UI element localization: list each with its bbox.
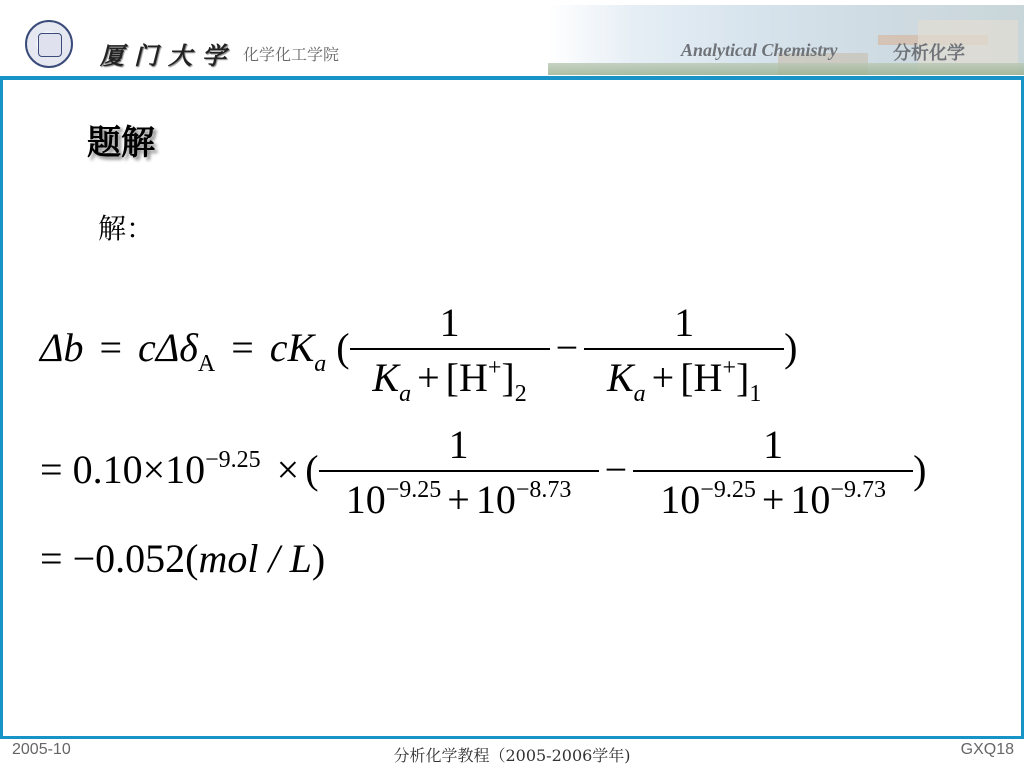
exponent: −8.73	[516, 477, 572, 503]
superscript-plus: +	[488, 355, 502, 381]
var-K: K	[288, 325, 315, 370]
seal-emblem-icon	[38, 33, 62, 57]
footer-page-id: GXQ18	[961, 741, 1014, 759]
numerator: 1	[350, 298, 550, 348]
coefficient: 0.10	[73, 447, 143, 492]
exponent: −9.25	[386, 477, 442, 503]
subscript-2: 2	[515, 381, 527, 407]
base-10: 10	[476, 477, 516, 522]
subscript-a: a	[314, 351, 326, 377]
denominator: Ka+[H+]1	[584, 348, 784, 406]
plus-sign: +	[417, 355, 440, 400]
university-seal-icon	[25, 20, 73, 68]
plus-sign: +	[652, 355, 675, 400]
equation-line-3: = −0.052(mol / L)	[40, 535, 325, 582]
close-bracket: ]	[736, 355, 749, 400]
subscript-1: 1	[749, 381, 761, 407]
denominator: 10−9.25+10−9.73	[633, 470, 913, 528]
content-frame	[0, 76, 1024, 739]
hydrogen-ion: [H	[680, 355, 722, 400]
footer-course-title: 分析化学教程（2005-2006学年)	[0, 743, 1024, 766]
base-10: 10	[346, 477, 386, 522]
university-name: 厦门大学	[100, 36, 236, 71]
exponent: −9.25	[700, 477, 756, 503]
equals-sign: =	[40, 447, 63, 492]
subscript-a: a	[399, 381, 411, 407]
close-paren: )	[784, 325, 797, 370]
delta-delta: Δδ	[156, 325, 198, 370]
var-K: K	[607, 355, 634, 400]
slide-header: 厦门大学 化学化工学院 Analytical Chemistry 分析化学	[0, 0, 1024, 76]
plus-sign: +	[447, 477, 470, 522]
open-paren: (	[185, 536, 198, 581]
plus-sign: +	[762, 477, 785, 522]
exponent: −9.73	[830, 477, 886, 503]
equals-sign: =	[231, 325, 254, 370]
times-sign: ×	[277, 447, 300, 492]
result-value: −0.052	[73, 536, 186, 581]
delta-b: Δb	[40, 325, 83, 370]
base-10: 10	[165, 447, 205, 492]
fraction-2: 1 10−9.25+10−9.73	[633, 420, 913, 528]
answer-label: 解：	[98, 207, 154, 247]
open-paren: (	[305, 447, 318, 492]
base-10: 10	[660, 477, 700, 522]
denominator: 10−9.25+10−8.73	[319, 470, 599, 528]
minus-sign: −	[605, 447, 628, 492]
numerator: 1	[633, 420, 913, 470]
superscript-plus: +	[722, 355, 736, 381]
equals-sign: =	[99, 325, 122, 370]
college-name: 化学化工学院	[243, 42, 339, 65]
var-c: c	[138, 325, 156, 370]
slide-title: 题解	[87, 115, 155, 164]
course-name-zh: 分析化学	[893, 39, 965, 65]
open-paren: (	[336, 325, 349, 370]
times-sign: ×	[143, 447, 166, 492]
base-10: 10	[790, 477, 830, 522]
minus-sign: −	[556, 325, 579, 370]
var-c: c	[270, 325, 288, 370]
fraction-1: 1 Ka+[H+]2	[350, 298, 550, 406]
close-bracket: ]	[501, 355, 514, 400]
equation-line-1: Δb = cΔδA = cKa ( 1 Ka+[H+]2 − 1 Ka+[H+]…	[40, 298, 797, 406]
course-name-en: Analytical Chemistry	[681, 40, 838, 61]
unit: mol / L	[198, 536, 311, 581]
numerator: 1	[584, 298, 784, 348]
hydrogen-ion: [H	[446, 355, 488, 400]
equation-line-2: = 0.10×10−9.25 ×( 1 10−9.25+10−8.73 − 1 …	[40, 420, 926, 528]
close-paren: )	[913, 447, 926, 492]
fraction-1: 1 10−9.25+10−8.73	[319, 420, 599, 528]
subscript-a: A	[198, 351, 215, 377]
var-K: K	[372, 355, 399, 400]
exponent: −9.25	[205, 447, 261, 473]
numerator: 1	[319, 420, 599, 470]
subscript-a: a	[634, 381, 646, 407]
denominator: Ka+[H+]2	[350, 348, 550, 406]
fraction-2: 1 Ka+[H+]1	[584, 298, 784, 406]
equals-sign: =	[40, 536, 63, 581]
close-paren: )	[312, 536, 325, 581]
